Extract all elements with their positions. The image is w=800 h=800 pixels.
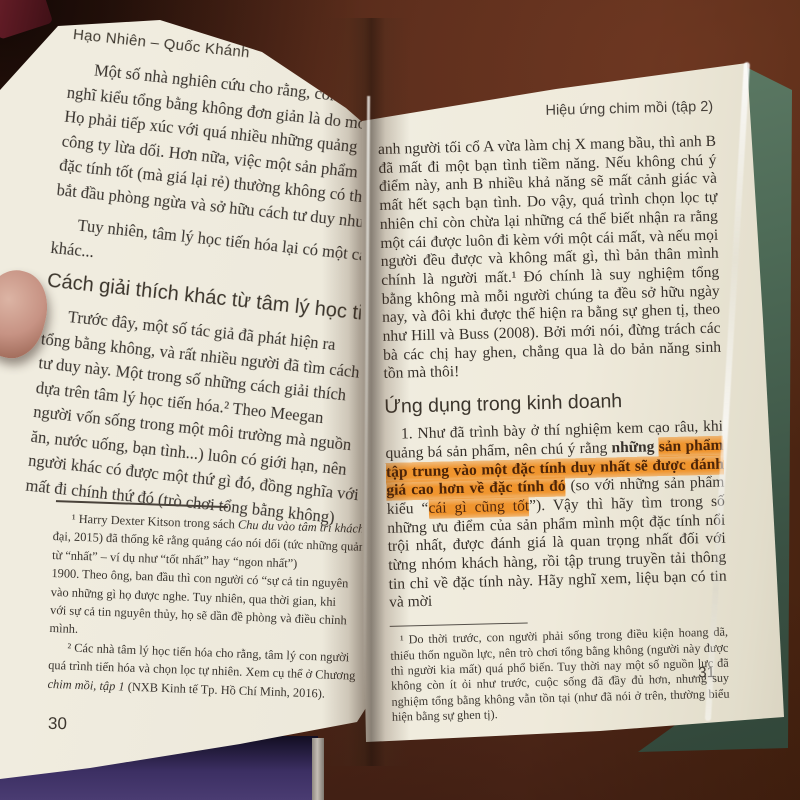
- paragraph-continued: anh người tối cổ A vừa làm chị X mang bầ…: [378, 133, 722, 384]
- section-heading-right: Ứng dụng trong kinh doanh: [384, 387, 722, 419]
- footnote-separator: [390, 623, 528, 627]
- table-object-red: [0, 0, 53, 40]
- paragraph-with-highlight: 1. Như đã trình bày ở thí nghiệm kem cạo…: [385, 418, 727, 613]
- footnote-book-title: Chu du vào tâm trí khách h: [238, 517, 374, 536]
- paragraph-3: Trước đây, một số tác giả đã phát hiện r…: [24, 302, 388, 533]
- right-page-text: Hiệu ứng chim mồi (tập 2) anh người tối …: [377, 98, 730, 706]
- left-page-footnotes: ¹ Harry Dexter Kitson trong sách Chu du …: [47, 500, 389, 705]
- gray-book-strip: [312, 738, 324, 800]
- running-header-right: Hiệu ứng chim mồi (tập 2): [377, 98, 715, 124]
- left-page-text: Hạo Nhiên – Quốc Khánh Một số nhà nghiên…: [24, 26, 417, 533]
- footnote: ¹ Do thời trước, con người phải sống tro…: [390, 625, 730, 726]
- footnote-book-title: chim mồi, tập 1: [47, 677, 125, 694]
- footnote-block: ¹ Harry Dexter Kitson trong sách Chu du …: [47, 509, 388, 705]
- footnote-text: mình.: [49, 621, 78, 636]
- page-number-left: 30: [48, 714, 67, 734]
- bold-text: những: [611, 438, 659, 456]
- photo-open-book: Hạo Nhiên – Quốc Khánh Một số nhà nghiên…: [0, 0, 800, 800]
